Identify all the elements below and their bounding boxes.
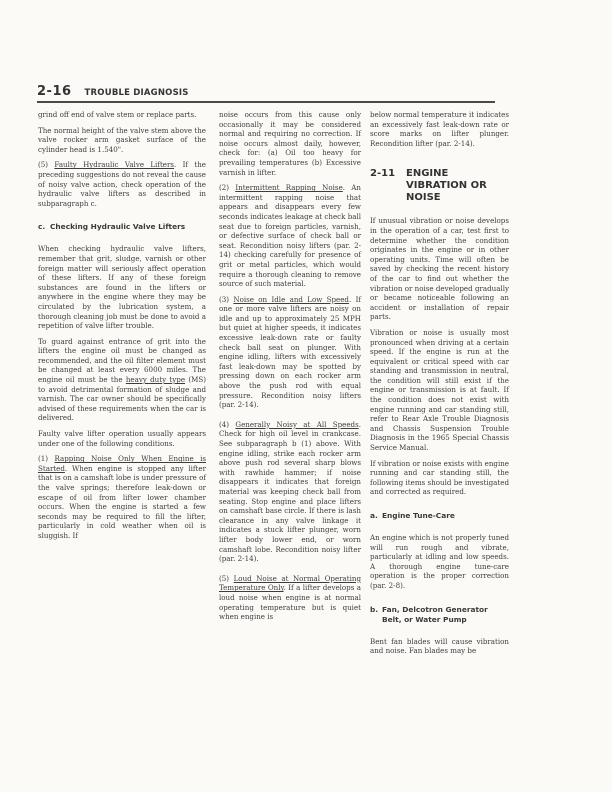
item-text: . If one or more valve lifters are noisy…	[219, 295, 361, 410]
item-number: (1)	[38, 454, 55, 463]
item-text: . When engine is stopped any lifter that…	[38, 464, 206, 540]
paragraph-idle-noise: (3) Noise on Idle and Low Speed. If one …	[219, 295, 361, 410]
paragraph-all-speeds: (4) Generally Noisy at All Speeds. Check…	[219, 420, 361, 564]
page-header: 2-16 TROUBLE DIAGNOSIS	[37, 84, 495, 103]
item-title: Intermittent Rapping Noise	[235, 183, 342, 192]
paragraph: If vibration or noise exists with engine…	[370, 459, 509, 497]
paragraph: If unusual vibration or noise develops i…	[370, 216, 509, 322]
paragraph: noise occurs from this cause only occasi…	[219, 110, 361, 177]
item-number: (5)	[38, 160, 54, 169]
paragraph: When checking hydraulic valve lifters, r…	[38, 244, 206, 330]
subheading-title: Checking Hydraulic Valve Lifters	[50, 222, 185, 231]
paragraph: below normal temperature it indicates an…	[370, 110, 509, 148]
subheading-letter: a.	[370, 511, 382, 521]
item-title: Generally Noisy at All Speeds	[235, 420, 358, 429]
subheading-letter: b.	[370, 605, 382, 615]
item-text: . An intermittent rapping noise that app…	[219, 183, 361, 288]
subheading-title: Fan, Delcotron Generator Belt, or Water …	[382, 605, 488, 624]
subheading-a: a.Engine Tune-Care	[370, 511, 509, 521]
subheading-b: b.Fan, Delcotron Generator Belt, or Wate…	[370, 605, 509, 625]
paragraph: grind off end of valve stem or replace p…	[38, 110, 206, 120]
item-number: (4)	[219, 420, 235, 429]
item-number: (5)	[219, 574, 234, 583]
paragraph-loud-noise: (5) Loud Noise at Normal Operating Tempe…	[219, 574, 361, 622]
subheading-title: Engine Tune-Care	[382, 511, 455, 520]
item-number: (2)	[219, 183, 235, 192]
column-2: noise occurs from this cause only occasi…	[219, 110, 361, 628]
paragraph: An engine which is not properly tuned wi…	[370, 533, 509, 591]
subheading-c: c.Checking Hydraulic Valve Lifters	[38, 222, 206, 232]
section-title: TROUBLE DIAGNOSIS	[85, 88, 189, 98]
column-3: below normal temperature it indicates an…	[370, 110, 509, 662]
subheading-letter: c.	[38, 222, 50, 232]
paragraph: The normal height of the valve stem abov…	[38, 126, 206, 155]
underlined-text: heavy duty type	[126, 375, 185, 384]
paragraph: Faulty valve lifter operation usually ap…	[38, 429, 206, 448]
item-title: Faulty Hydraulic Valve Lifters	[54, 160, 174, 169]
column-1: grind off end of valve stem or replace p…	[38, 110, 206, 547]
item-text: . Check for high oil level in crankcase.…	[219, 420, 361, 563]
section-heading-2-11: 2-11ENGINE VIBRATION OR NOISE	[370, 168, 509, 204]
section-heading-title: ENGINE VIBRATION OR NOISE	[406, 168, 487, 203]
item-title: Noise on Idle and Low Speed	[233, 295, 349, 304]
paragraph-oil-change: To guard against entrance of grit into t…	[38, 337, 206, 423]
paragraph-intermittent-noise: (2) Intermittent Rapping Noise. An inter…	[219, 183, 361, 289]
paragraph: Bent fan blades will cause vibration and…	[370, 637, 509, 656]
paragraph-faulty-lifters: (5) Faulty Hydraulic Valve Lifters. If t…	[38, 160, 206, 208]
paragraph-rapping-noise: (1) Rapping Noise Only When Engine is St…	[38, 454, 206, 540]
page-number: 2-16	[37, 84, 72, 99]
item-number: (3)	[219, 295, 233, 304]
section-number: 2-11	[370, 168, 406, 180]
paragraph: Vibration or noise is usually most prono…	[370, 328, 509, 453]
